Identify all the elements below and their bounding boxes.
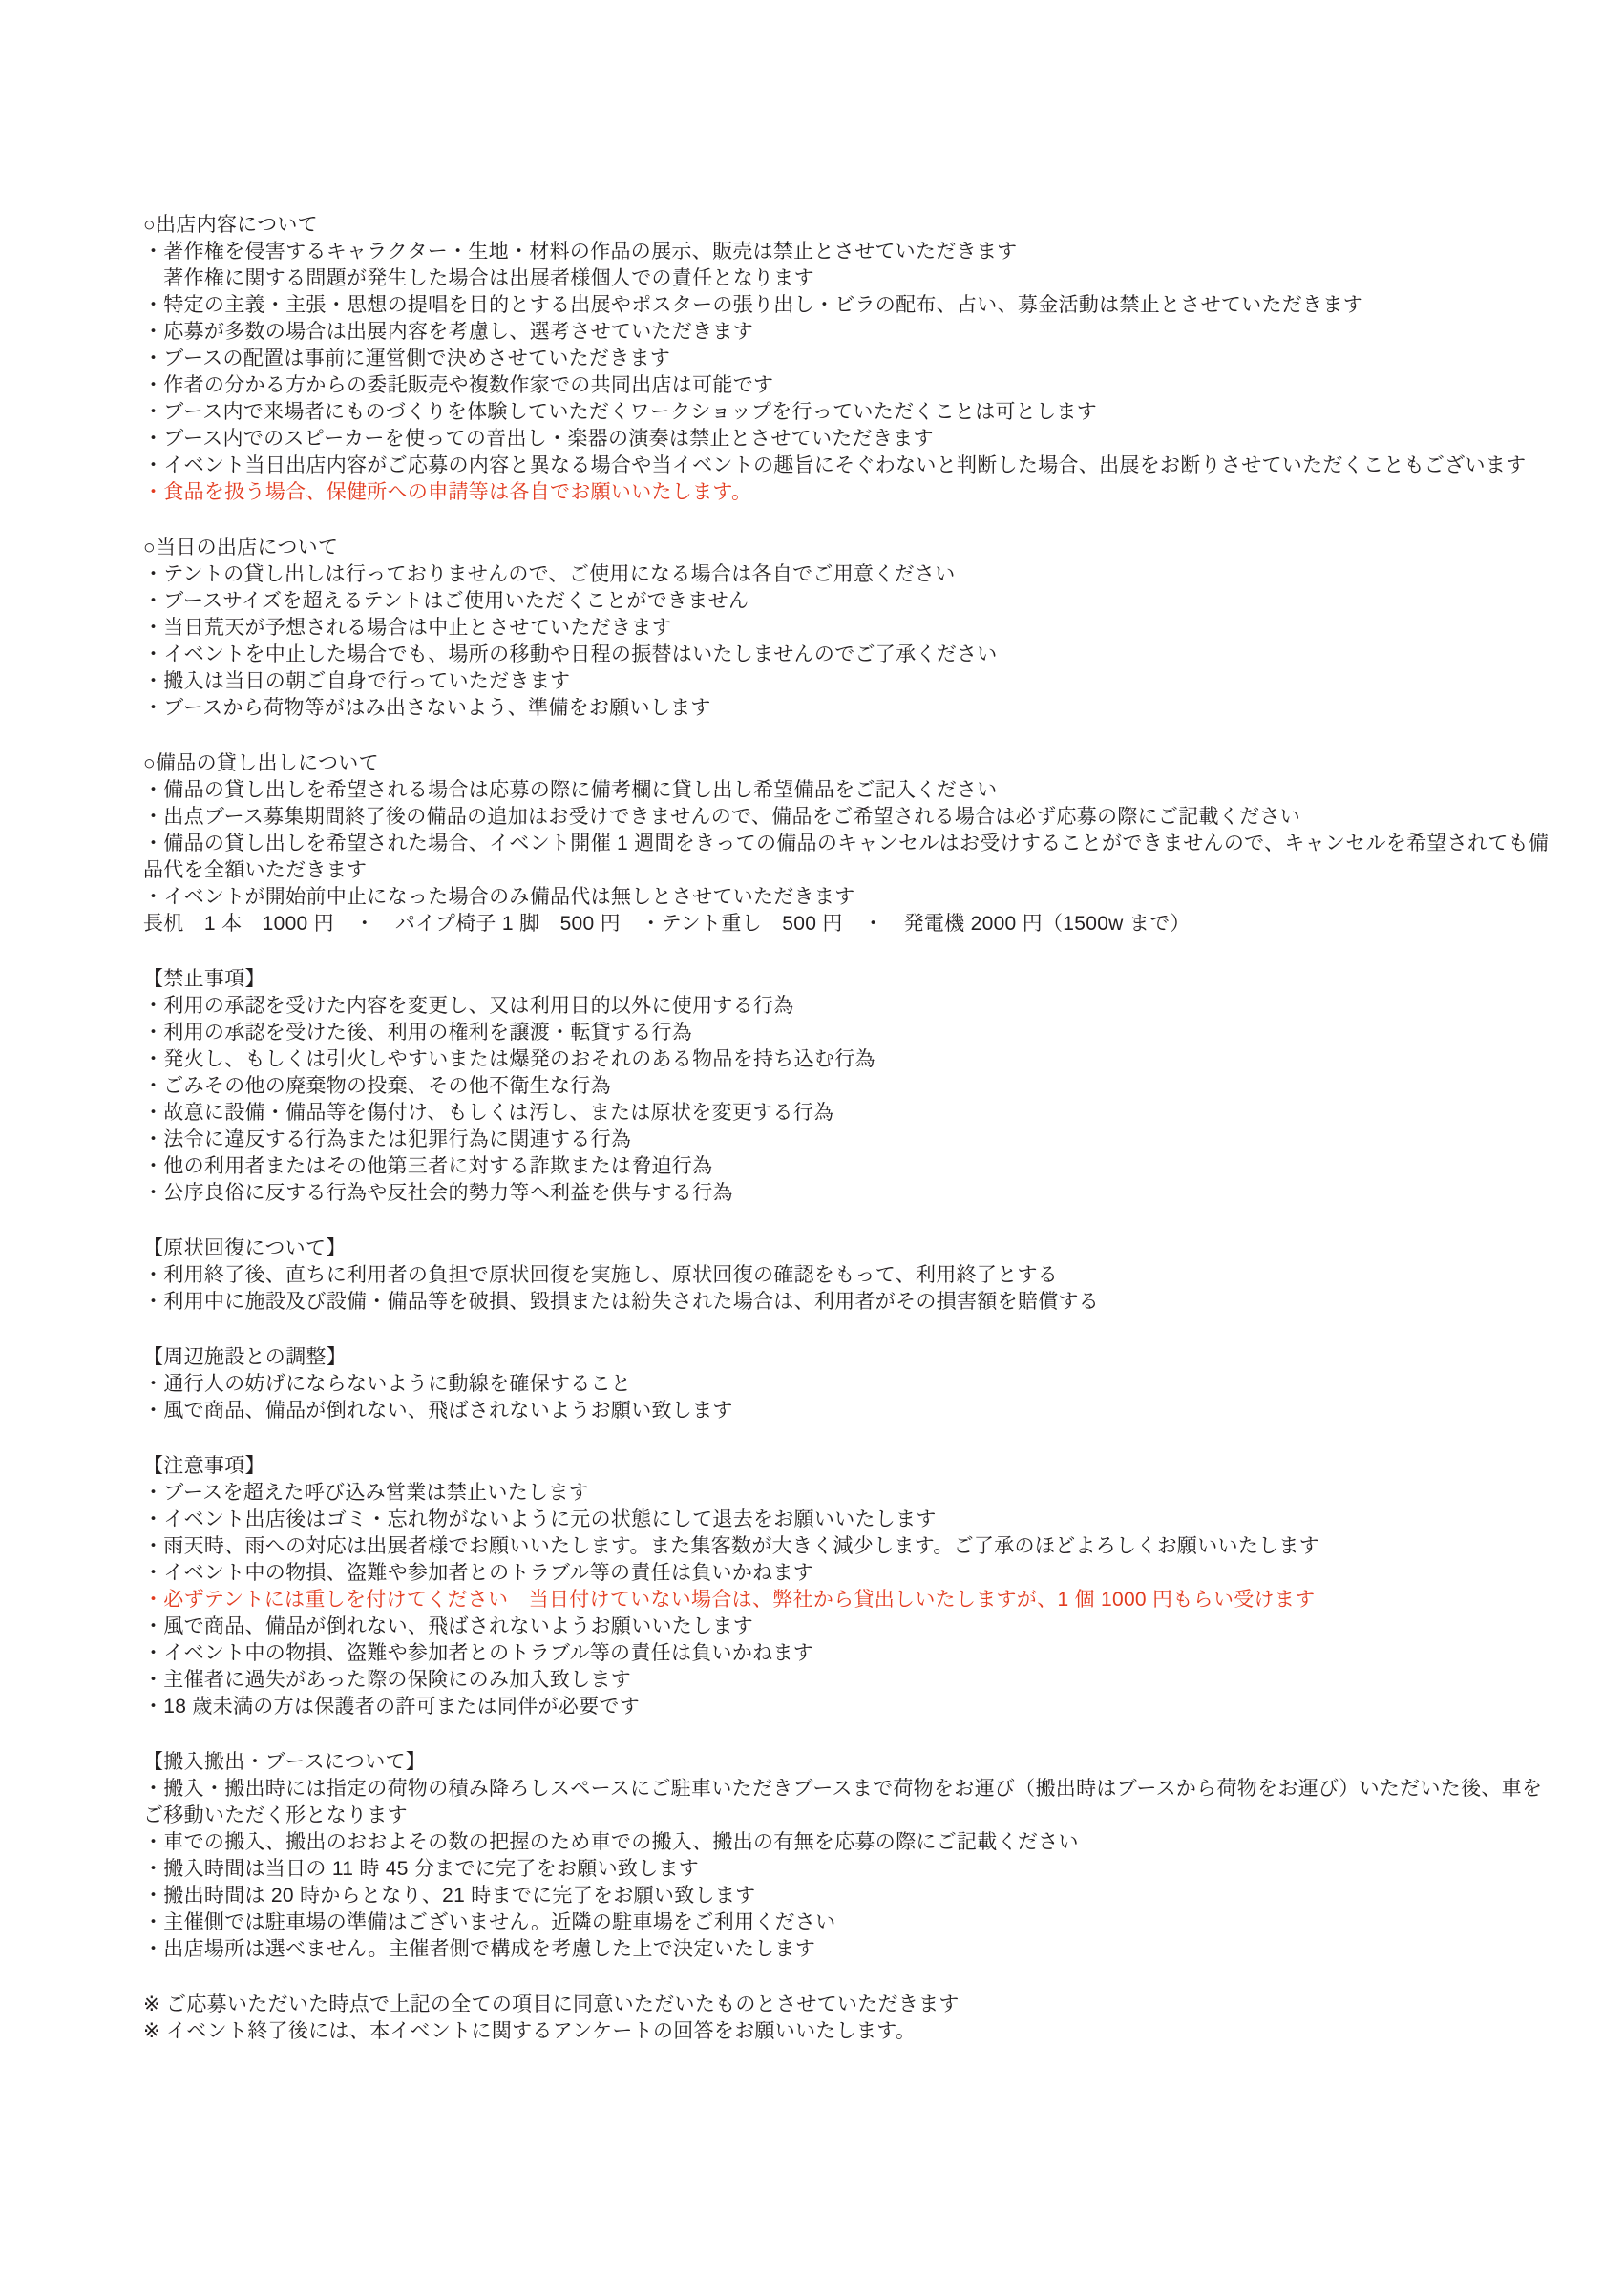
terms-footer-notes: ※ ご応募いただいた時点で上記の全ての項目に同意いただいたものとさせていただきま… (143, 1992, 1597, 2045)
warning-text-line: ・必ずテントには重しを付けてください 当日付けていない場合は、弊社から貸出しいた… (143, 1587, 1597, 1614)
section-heading: ○当日の出店について (143, 535, 1597, 561)
text-line: ・風で商品、備品が倒れない、飛ばされないようお願い致します (143, 1398, 1597, 1424)
terms-section: 【原状回復について】・利用終了後、直ちに利用者の負担で原状回復を実施し、原状回復… (143, 1235, 1597, 1316)
terms-section: 【周辺施設との調整】・通行人の妨げにならないように動線を確保すること・風で商品、… (143, 1344, 1597, 1424)
text-line: ・作者の分かる方からの委託販売や複数作家での共同出店は可能です (143, 372, 1597, 399)
text-line: ・主催者に過失があった際の保険にのみ加入致します (143, 1667, 1597, 1694)
text-line: ・雨天時、雨への対応は出展者様でお願いいたします。また集客数が大きく減少します。… (143, 1533, 1597, 1560)
text-line: ・利用中に施設及び設備・備品等を破損、毀損または紛失された場合は、利用者がその損… (143, 1289, 1597, 1316)
document-content: ○出店内容について・著作権を侵害するキャラクター・生地・材料の作品の展示、販売は… (143, 212, 1597, 2045)
text-line: ※ イベント終了後には、本イベントに関するアンケートの回答をお願いいたします。 (143, 2018, 1597, 2045)
text-line: ・イベント中の物損、盗難や参加者とのトラブル等の責任は負いかねます (143, 1560, 1597, 1587)
terms-section: ○出店内容について・著作権を侵害するキャラクター・生地・材料の作品の展示、販売は… (143, 212, 1597, 506)
text-line: ・ブース内で来場者にものづくりを体験していただくワークショップを行っていただくこ… (143, 399, 1597, 426)
section-heading: ○備品の貸し出しについて (143, 750, 1597, 777)
terms-section: 【搬入搬出・ブースについて】・搬入・搬出時には指定の荷物の積み降ろしスペースにご… (143, 1749, 1597, 1963)
terms-section: ○備品の貸し出しについて・備品の貸し出しを希望される場合は応募の際に備考欄に貸し… (143, 750, 1597, 938)
text-line: ・18 歳未満の方は保護者の許可または同伴が必要です (143, 1694, 1597, 1720)
text-line: ・ブースを超えた呼び込み営業は禁止いたします (143, 1480, 1597, 1507)
text-line: ・車での搬入、搬出のおおよその数の把握のため車での搬入、搬出の有無を応募の際にご… (143, 1829, 1597, 1856)
text-line: ・利用の承認を受けた後、利用の権利を譲渡・転貸する行為 (143, 1020, 1597, 1046)
text-line: ・公序良俗に反する行為や反社会的勢力等へ利益を供与する行為 (143, 1180, 1597, 1207)
text-line: ・ブースサイズを超えるテントはご使用いただくことができません (143, 588, 1597, 615)
text-line: ・備品の貸し出しを希望された場合、イベント開催 1 週間をきっての備品のキャンセ… (143, 831, 1597, 857)
text-line: ・イベントが開始前中止になった場合のみ備品代は無しとさせていただきます (143, 884, 1597, 911)
text-line: ・搬出時間は 20 時からとなり、21 時までに完了をお願い致します (143, 1883, 1597, 1909)
text-line: ・テントの貸し出しは行っておりませんので、ご使用になる場合は各自でご用意ください (143, 561, 1597, 588)
text-line: ※ ご応募いただいた時点で上記の全ての項目に同意いただいたものとさせていただきま… (143, 1992, 1597, 2018)
text-line: ・ブース内でのスピーカーを使っての音出し・楽器の演奏は禁止とさせていただきます (143, 426, 1597, 453)
text-line: ・当日荒天が予想される場合は中止とさせていただきます (143, 615, 1597, 642)
text-line: ・搬入は当日の朝ご自身で行っていただきます (143, 668, 1597, 695)
text-line: ・イベント出店後はゴミ・忘れ物がないように元の状態にして退去をお願いいたします (143, 1507, 1597, 1533)
text-line: ・出点ブース募集期間終了後の備品の追加はお受けできませんので、備品をご希望される… (143, 804, 1597, 831)
text-line: ・ごみその他の廃棄物の投棄、その他不衛生な行為 (143, 1073, 1597, 1100)
text-line: ・イベント当日出店内容がご応募の内容と異なる場合や当イベントの趣旨にそぐわないと… (143, 453, 1597, 479)
warning-text-line: ・食品を扱う場合、保健所への申請等は各自でお願いいたします。 (143, 479, 1597, 506)
section-heading: ○出店内容について (143, 212, 1597, 239)
text-line: ・主催側では駐車場の準備はございません。近隣の駐車場をご利用ください (143, 1909, 1597, 1936)
text-line: ・ブースから荷物等がはみ出さないよう、準備をお願いします (143, 695, 1597, 722)
text-line: ・利用の承認を受けた内容を変更し、又は利用目的以外に使用する行為 (143, 993, 1597, 1020)
text-line: ・特定の主義・主張・思想の提唱を目的とする出展やポスターの張り出し・ビラの配布、… (143, 292, 1597, 319)
text-line: ・備品の貸し出しを希望される場合は応募の際に備考欄に貸し出し希望備品をご記入くだ… (143, 777, 1597, 804)
text-line: ・イベントを中止した場合でも、場所の移動や日程の振替はいたしませんのでご了承くだ… (143, 642, 1597, 668)
text-line: ・風で商品、備品が倒れない、飛ばされないようお願いいたします (143, 1614, 1597, 1640)
text-line: ・応募が多数の場合は出展内容を考慮し、選考させていただきます (143, 319, 1597, 346)
text-line: 著作権に関する問題が発生した場合は出展者様個人での責任となります (143, 265, 1597, 292)
text-line: ・ブースの配置は事前に運営側で決めさせていただきます (143, 346, 1597, 372)
terms-section: 【注意事項】・ブースを超えた呼び込み営業は禁止いたします・イベント出店後はゴミ・… (143, 1453, 1597, 1720)
text-line: ・故意に設備・備品等を傷付け、もしくは汚し、または原状を変更する行為 (143, 1100, 1597, 1127)
terms-section: 【禁止事項】・利用の承認を受けた内容を変更し、又は利用目的以外に使用する行為・利… (143, 966, 1597, 1207)
text-line: ・他の利用者またはその他第三者に対する詐欺または脅迫行為 (143, 1153, 1597, 1180)
terms-section: ○当日の出店について・テントの貸し出しは行っておりませんので、ご使用になる場合は… (143, 535, 1597, 722)
text-line: ・イベント中の物損、盗難や参加者とのトラブル等の責任は負いかねます (143, 1640, 1597, 1667)
text-line: ・搬入・搬出時には指定の荷物の積み降ろしスペースにご駐車いただきブースまで荷物を… (143, 1776, 1597, 1803)
text-line: ・法令に違反する行為または犯罪行為に関連する行為 (143, 1127, 1597, 1153)
text-line: ・出店場所は選べません。主催者側で構成を考慮した上で決定いたします (143, 1936, 1597, 1963)
text-line: ご移動いただく形となります (143, 1803, 1597, 1829)
section-heading: 【搬入搬出・ブースについて】 (143, 1749, 1597, 1776)
text-line: ・通行人の妨げにならないように動線を確保すること (143, 1371, 1597, 1398)
text-line: ・搬入時間は当日の 11 時 45 分までに完了をお願い致します (143, 1856, 1597, 1883)
text-line: ・利用終了後、直ちに利用者の負担で原状回復を実施し、原状回復の確認をもって、利用… (143, 1262, 1597, 1289)
document-page: ○出店内容について・著作権を侵害するキャラクター・生地・材料の作品の展示、販売は… (0, 0, 1624, 2278)
section-heading: 【周辺施設との調整】 (143, 1344, 1597, 1371)
section-heading: 【注意事項】 (143, 1453, 1597, 1480)
text-line: 品代を全額いただきます (143, 857, 1597, 884)
section-heading: 【原状回復について】 (143, 1235, 1597, 1262)
text-line: 長机 1 本 1000 円 ・ パイプ椅子 1 脚 500 円 ・テント重し 5… (143, 911, 1597, 938)
section-heading: 【禁止事項】 (143, 966, 1597, 993)
text-line: ・発火し、もしくは引火しやすいまたは爆発のおそれのある物品を持ち込む行為 (143, 1046, 1597, 1073)
text-line: ・著作権を侵害するキャラクター・生地・材料の作品の展示、販売は禁止とさせていただ… (143, 239, 1597, 265)
